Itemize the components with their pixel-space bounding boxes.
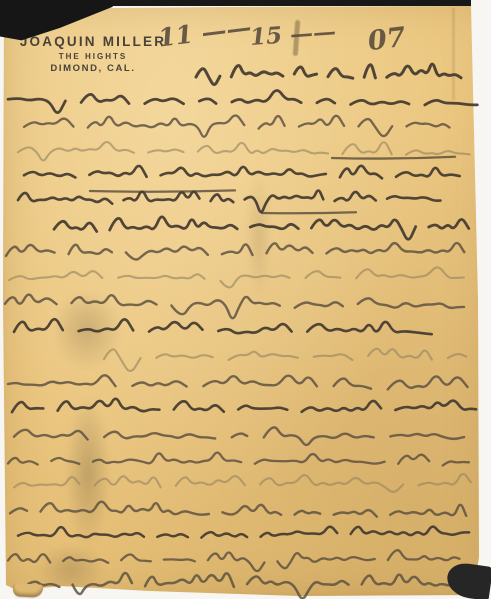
- date-month: 11 ——: [157, 12, 253, 52]
- date-year: 07: [366, 22, 407, 57]
- letter-photo: JOAQUIN MILLER THE HIGHTS DIMOND, CAL. 1…: [0, 0, 491, 599]
- stain: [52, 290, 122, 370]
- letterhead-place: THE HIGHTS: [14, 52, 172, 61]
- stain: [36, 544, 106, 594]
- torn-paper-flap: [13, 583, 44, 598]
- paper-crease: [452, 8, 455, 100]
- date-day: 15 ——: [249, 18, 337, 51]
- paper: JOAQUIN MILLER THE HIGHTS DIMOND, CAL. 1…: [0, 0, 491, 599]
- letterhead-city: DIMOND, CAL.: [14, 63, 172, 74]
- crease-mark: [246, 170, 272, 300]
- letterhead: JOAQUIN MILLER THE HIGHTS DIMOND, CAL.: [14, 34, 172, 74]
- stain: [66, 398, 110, 548]
- letterhead-name: JOAQUIN MILLER: [14, 34, 172, 49]
